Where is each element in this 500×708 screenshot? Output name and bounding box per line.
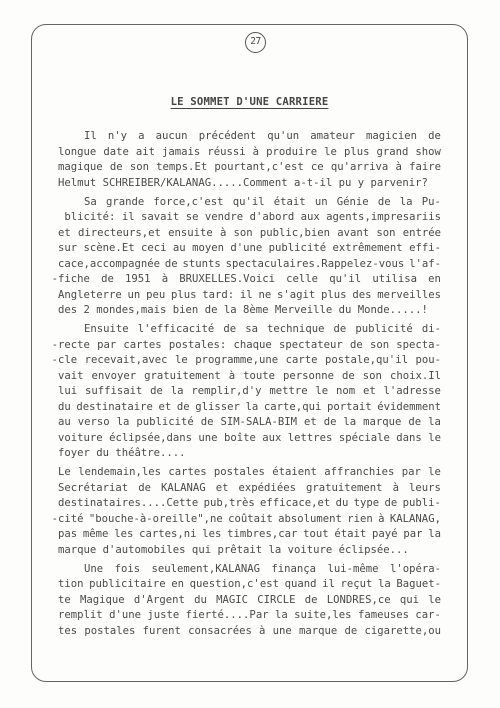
text-line: vaitenvoyergratuitementàtoutepersonnedes… bbox=[58, 369, 441, 385]
text-line: -cité"bouche-à-oreille",necoûtaitabsolum… bbox=[52, 512, 441, 528]
text-line: tionpublicitaireenquestion,c'estquandilr… bbox=[58, 577, 441, 593]
page-title: LE SOMMET D'UNE CARRIERE bbox=[32, 96, 467, 108]
text-line: auversolapublicitédeSIM-SALA-BIMetdelama… bbox=[58, 415, 441, 431]
text-line: -clerecevait,avecleprogramme,unecartepos… bbox=[52, 353, 441, 369]
text-line: Angleterreunpeuplustard:ilnes'agitplusde… bbox=[58, 288, 441, 304]
paragraph: Unefoisseulement,KALANAGfinançalui-mêmel… bbox=[58, 562, 441, 640]
text-line: Sagrandeforce,c'estqu'ilétaitunGéniedela… bbox=[58, 195, 441, 211]
text-line: marque d'automobiles qui prêtait la voit… bbox=[58, 543, 441, 559]
text-line: -fichede1951àBRUXELLES.Voicicellequ'ilut… bbox=[52, 272, 441, 288]
text-line: blicité:ilsavaitsevendred'abordauxagents… bbox=[58, 210, 441, 226]
text-line: surscène.Etceciaumoyend'unepublicitéextr… bbox=[58, 241, 441, 257]
page-border-frame: 27 LE SOMMET D'UNE CARRIERE Iln'yaaucunp… bbox=[31, 24, 468, 682]
text-line: -recteparcartespostales:chaquespectateur… bbox=[52, 338, 441, 354]
text-line: pasmêmelescartes,nilestimbres,cartoutéta… bbox=[58, 527, 441, 543]
text-line: Unefoisseulement,KALANAGfinançalui-mêmel… bbox=[58, 562, 441, 578]
text-line: foyer du théâtre.... bbox=[58, 446, 441, 462]
paragraph: Sagrandeforce,c'estqu'ilétaitunGéniedela… bbox=[58, 195, 441, 319]
text-line: dudestinataireetdeglisserlacarte,quiport… bbox=[58, 400, 441, 416]
text-line: SecrétariatdeKALANAGetexpédiéesgratuitem… bbox=[58, 481, 441, 497]
paragraph: Lelendemain,lescartespostalesétaientaffr… bbox=[58, 465, 441, 558]
scanned-page: 27 LE SOMMET D'UNE CARRIERE Iln'yaaucunp… bbox=[0, 0, 500, 708]
paragraph: Iln'yaaucunprécédentqu'unamateurmagicien… bbox=[58, 129, 441, 191]
text-line: Ensuitel'efficacitédesatechniquedepublic… bbox=[58, 322, 441, 338]
text-line: magiquedesontemps.Etpourtant,c'estcequ'a… bbox=[58, 160, 441, 176]
text-line: destinataires....Cettepub,trèsefficace,e… bbox=[58, 496, 441, 512]
document-body: Iln'yaaucunprécédentqu'unamateurmagicien… bbox=[32, 129, 467, 639]
text-line: teMagiqued'ArgentduMAGICCIRCLEdeLONDRES,… bbox=[58, 593, 441, 609]
text-line: longuedateaitjamaisréussiàproduireleplus… bbox=[58, 145, 441, 161]
text-line: luisuffisaitdelaremplir,d'ymettrelenomet… bbox=[58, 384, 441, 400]
text-line: des 2 mondes,mais bien de la 8ème Mervei… bbox=[58, 303, 441, 319]
text-line: cace,accompagnéedestuntsspectaculaires.R… bbox=[58, 257, 441, 273]
text-line: Iln'yaaucunprécédentqu'unamateurmagicien… bbox=[58, 129, 441, 145]
page-number-badge: 27 bbox=[245, 32, 266, 53]
text-line: remplitd'unejustefierté....Parlasuite,le… bbox=[58, 608, 441, 624]
paragraph: Ensuitel'efficacitédesatechniquedepublic… bbox=[58, 322, 441, 462]
text-line: etdirecteurs,etensuiteàsonpublic,bienava… bbox=[58, 226, 441, 242]
text-line: voitureéclipsée,dansuneboîteauxlettressp… bbox=[58, 431, 441, 447]
text-line: Lelendemain,lescartespostalesétaientaffr… bbox=[58, 465, 441, 481]
text-line: Helmut SCHREIBER/KALANAG.....Comment a-t… bbox=[58, 176, 441, 192]
text-line: tespostalesfurentconsacréesàunemarquedec… bbox=[58, 624, 441, 640]
